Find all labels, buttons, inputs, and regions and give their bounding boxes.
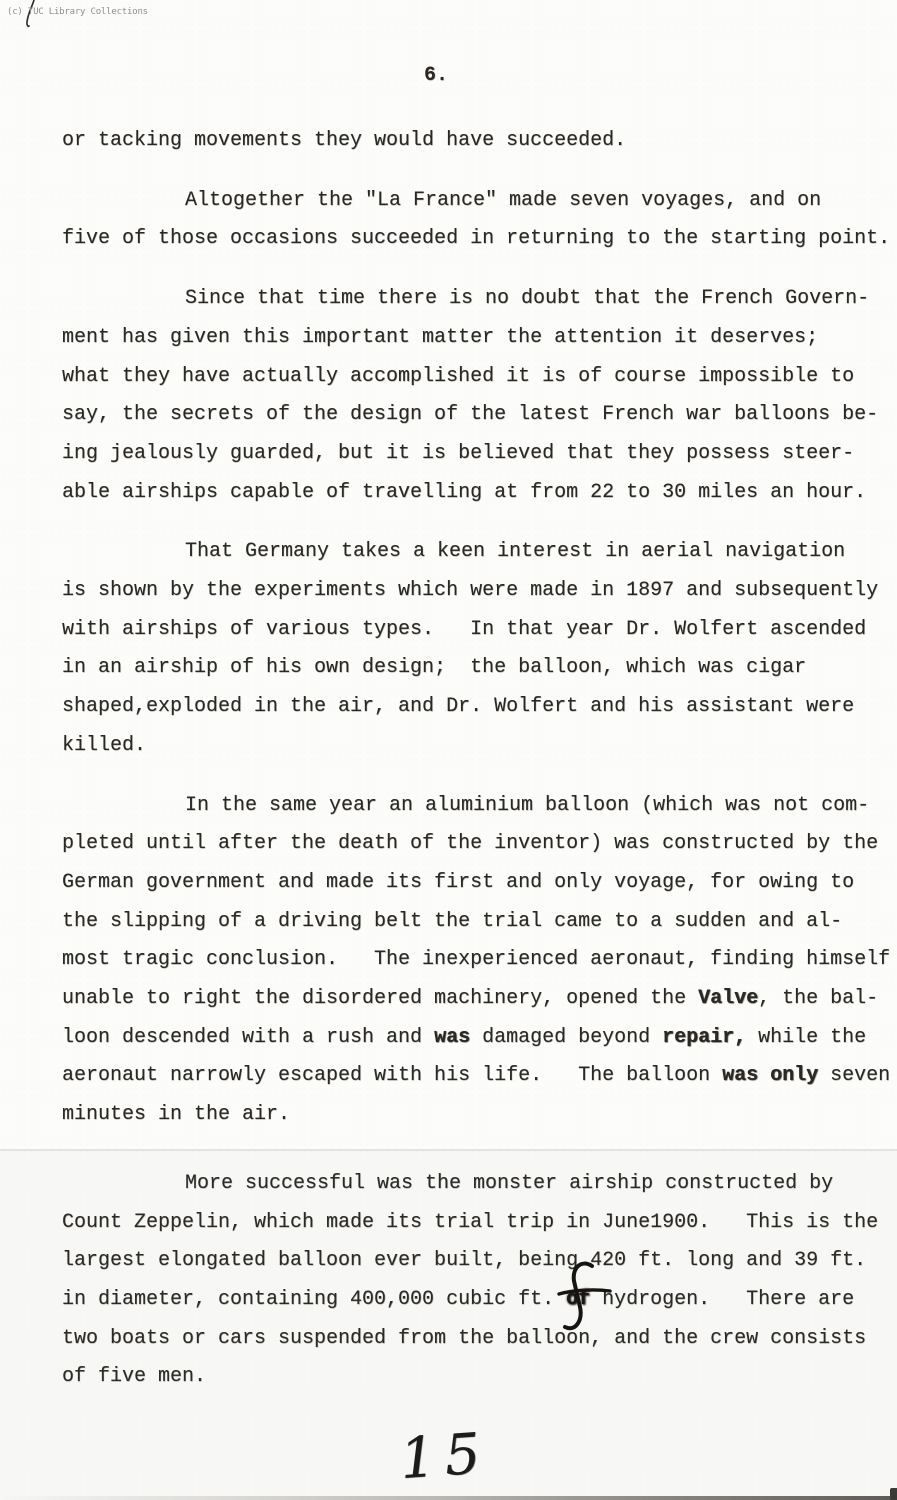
text-line: what they have actually accomplished it … — [62, 358, 897, 397]
text-segment: damaged beyond — [470, 1026, 662, 1049]
text-segment: , the bal- — [758, 987, 878, 1010]
text-line: More successful was the monster airship … — [62, 1165, 897, 1204]
text-line: German government and made its first and… — [62, 864, 897, 903]
text-segment: seven — [818, 1064, 890, 1087]
text-line: in an airship of his own design; the bal… — [62, 649, 897, 688]
text-segment: hydrogen. There are — [590, 1288, 854, 1311]
text-line: killed. — [62, 727, 897, 766]
text-line: of five men. — [62, 1358, 897, 1397]
blotted-word: of — [566, 1288, 590, 1311]
text-segment: aeronaut narrowly escaped with his life.… — [62, 1064, 722, 1087]
text-line: aeronaut narrowly escaped with his life.… — [62, 1057, 897, 1096]
text-segment: in diameter, containing 400,000 cubic ft… — [62, 1288, 566, 1311]
text-line: largest elongated balloon ever built, be… — [62, 1242, 897, 1281]
text-line: ing jealously guarded, but it is believe… — [62, 435, 897, 474]
text-line: is shown by the experiments which were m… — [62, 572, 897, 611]
text-line: loon descended with a rush and was damag… — [62, 1019, 897, 1058]
text-line: shaped,exploded in the air, and Dr. Wolf… — [62, 688, 897, 727]
text-line: Since that time there is no doubt that t… — [62, 280, 897, 319]
text-line: most tragic conclusion. The inexperience… — [62, 941, 897, 980]
text-line: minutes in the air. — [62, 1096, 897, 1135]
text-line: pleted until after the death of the inve… — [62, 825, 897, 864]
scan-edge-shadow — [0, 1496, 897, 1500]
text-line: able airships capable of travelling at f… — [62, 474, 897, 513]
text-segment: loon descended with a rush and — [62, 1026, 434, 1049]
text-line: with airships of various types. In that … — [62, 611, 897, 650]
page-number: 6. — [424, 64, 448, 87]
overstruck-word: was — [434, 1026, 470, 1049]
overstruck-word: was only — [722, 1064, 818, 1087]
scan-corner-mark — [890, 1488, 897, 1500]
text-line: In the same year an aluminium balloon (w… — [62, 787, 897, 826]
text-segment: while the — [746, 1026, 866, 1049]
scanned-document-page: (c) TUC Library Collections 6. or tackin… — [0, 0, 897, 1500]
text-line: five of those occasions succeeded in ret… — [62, 220, 897, 259]
paragraph: In the same year an aluminium balloon (w… — [62, 787, 897, 1135]
text-line: in diameter, containing 400,000 cubic ft… — [62, 1281, 897, 1320]
scan-seam-line — [0, 1149, 897, 1151]
paragraph: Since that time there is no doubt that t… — [62, 280, 897, 512]
text-line: Altogether the "La France" made seven vo… — [62, 182, 897, 221]
text-line: That Germany takes a keen interest in ae… — [62, 533, 897, 572]
text-line: say, the secrets of the design of the la… — [62, 396, 897, 435]
paragraph: Altogether the "La France" made seven vo… — [62, 182, 897, 259]
paragraph: That Germany takes a keen interest in ae… — [62, 533, 897, 765]
watermark: (c) TUC Library Collections — [7, 7, 148, 17]
text-line: the slipping of a driving belt the trial… — [62, 903, 897, 942]
text-line: Count Zeppelin, which made its trial tri… — [62, 1204, 897, 1243]
text-line: unable to right the disordered machinery… — [62, 980, 897, 1019]
handwritten-page-number: 15 — [398, 1421, 492, 1492]
overstruck-word: Valve — [698, 987, 758, 1010]
text-line: two boats or cars suspended from the bal… — [62, 1320, 897, 1359]
document-body: or tacking movements they would have suc… — [62, 122, 897, 1397]
text-segment: unable to right the disordered machinery… — [62, 987, 698, 1010]
overstruck-word: repair, — [662, 1026, 746, 1049]
text-line: ment has given this important matter the… — [62, 319, 897, 358]
paragraph: or tacking movements they would have suc… — [62, 122, 897, 161]
text-line: or tacking movements they would have suc… — [62, 122, 897, 161]
paragraph: More successful was the monster airship … — [62, 1165, 897, 1397]
